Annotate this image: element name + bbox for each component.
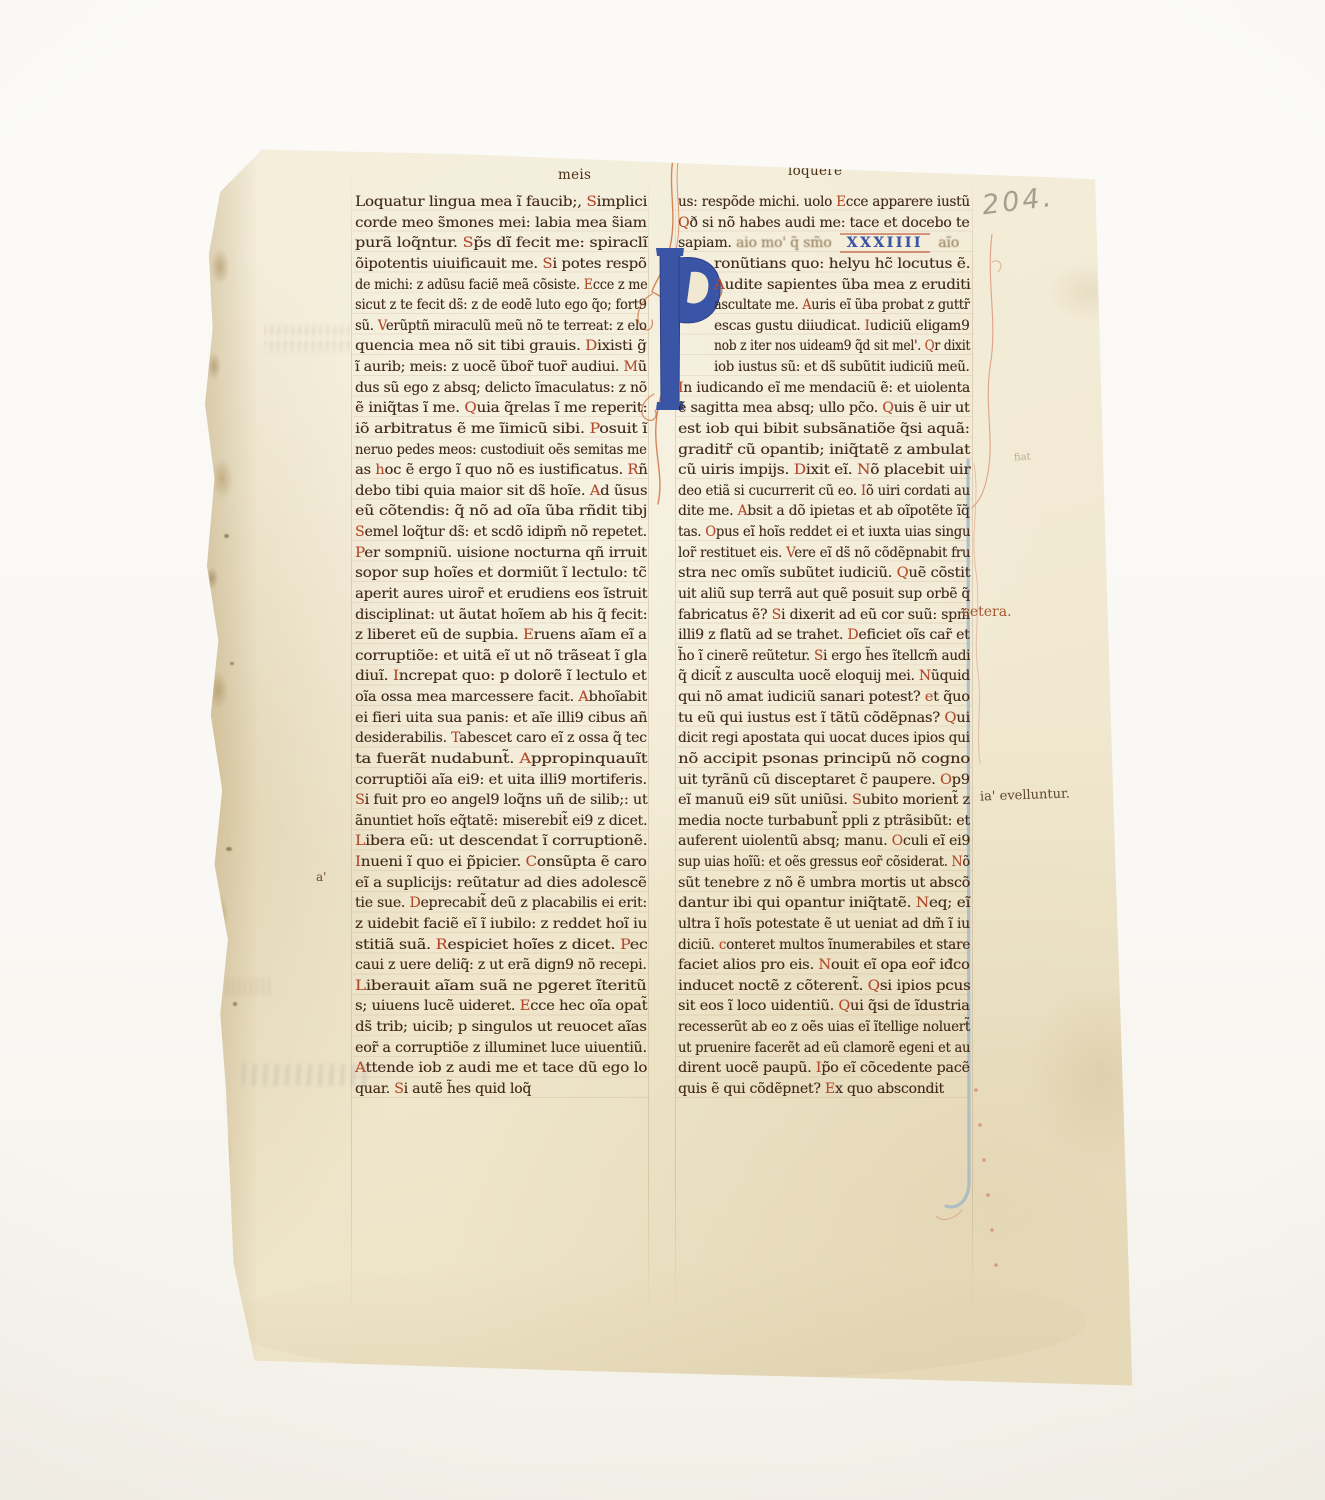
- text-line: tas. Opus eĩ hoĩs reddet ei et iuxta uia…: [678, 522, 970, 543]
- text-line: illi9 z flatũ ad se trahet. Deficiet oĩs…: [678, 625, 970, 646]
- text-line: z uidebit faciẽ eĩ ĩ iubilo: z reddet ho…: [355, 914, 647, 935]
- text-line: ta fuerãt nudabunt̃. Appropinquauĩt: [355, 749, 647, 770]
- text-line: debo tibi quia maior sit ds̃ hoĩe. Ad ũs…: [355, 481, 647, 502]
- text-line: dite me. Absit a dõ ipietas et ab oĩpotẽ…: [678, 501, 970, 522]
- text-line: ei fieri uita sua panis: et aĩe illi9 ci…: [355, 708, 647, 729]
- text-line: ut pruenire facerẽt ad eũ clamorẽ egeni …: [678, 1038, 970, 1059]
- text-line: Attende iob z audi me et tace dũ ego lo: [355, 1058, 647, 1079]
- text-line: recesserũt ab eo z oẽs uias eĩ ĩtellige …: [678, 1017, 970, 1038]
- text-line: aperit aures uiror̃ et erudiens eos ĩstr…: [355, 584, 647, 605]
- edge-speck: [224, 534, 229, 538]
- text-line: Loquatur lingua mea ĩ faucib;, Simplici: [355, 192, 647, 213]
- running-title-left: meis: [558, 167, 591, 183]
- text-line: quis ẽ qui cõdẽpnet? Ex quo abscondit: [678, 1079, 970, 1100]
- text-line: Si fuit pro eo angel9 loq̃ns uñ de silib…: [355, 790, 647, 811]
- text-line: nõ accipit psonas principũ nõ cogno: [678, 749, 970, 770]
- edge-speck: [230, 662, 234, 665]
- text-line: qui nõ amat iudiciũ sanari potest? et q̃…: [678, 687, 970, 708]
- text-line: desiderabilis. Tabescet caro eĩ z ossa q…: [355, 728, 647, 749]
- margin-note-fiat: fiat: [1014, 451, 1031, 463]
- parchment-stain: [1046, 262, 1136, 322]
- text-line: z liberet eũ de supbia. Eruens aĩam eĩ a: [355, 625, 647, 646]
- deckled-edge: [186, 142, 258, 1388]
- parchment-stain: [1026, 982, 1176, 1172]
- text-line: fabricatus ẽ? Si dixerit ad eũ cor suũ: …: [678, 605, 970, 626]
- text-column-left: Loquatur lingua mea ĩ faucib;, Simplicic…: [355, 192, 647, 1100]
- text-line: uit aliũ sup terrã aut quẽ posuit sup or…: [678, 584, 970, 605]
- text-line: quar. Si autẽ h̃es quid loq̃: [355, 1079, 647, 1100]
- text-line: eĩ manuũ ei9 sũt uniũsi. Subito morient̃…: [678, 790, 970, 811]
- text-line: lor̃ restituet eis. Vere eĩ ds̃ nõ cõdẽp…: [678, 543, 970, 564]
- text-line: escas gustu diiudicat. Iudiciũ eligam9: [678, 316, 970, 337]
- text-line: sup uias hoĩũ: et oẽs gressus eor̃ cõsid…: [678, 852, 970, 873]
- text-line: caui z uere deliq̃: z ut erã dign9 nõ re…: [355, 955, 647, 976]
- text-line: cũ uiris impijs. Dixit eĩ. Nõ placebit u…: [678, 460, 970, 481]
- text-line: auferent uiolentũ absq; manu. Oculi eĩ e…: [678, 831, 970, 852]
- edge-speck: [233, 1002, 237, 1006]
- text-line: corruptiõi aĩa ei9: et uita illi9 mortif…: [355, 770, 647, 791]
- text-line: de michi: z adũsu faciẽ meã cõsiste. Ecc…: [355, 275, 647, 296]
- text-line: oĩa ossa mea marcessere facit. Abhoĩabit: [355, 687, 647, 708]
- text-line: neruo pedes meos: custodiuit oẽs semitas…: [355, 440, 647, 461]
- text-line: ĩ aurib; meis: z uocẽ ũbor̃ tuor̃ audiui…: [355, 357, 647, 378]
- margin-note-evelluntur: ia' evelluntur.: [980, 786, 1070, 804]
- ruling-vertical-line: [648, 172, 649, 1322]
- text-line: In iudicando eĩ me mendaciũ ẽ: et uiolen…: [678, 378, 970, 399]
- text-line: ẽ iniq̃tas ĩ me. Quia q̃relas ĩ me reper…: [355, 398, 647, 419]
- text-line: iob iustus sũ: et ds̃ subũtit iudiciũ me…: [678, 357, 970, 378]
- text-line: s; uiuens lucẽ uideret. Ecce hec oĩa opa…: [355, 996, 647, 1017]
- text-line: sit eos ĩ loco uidentiũ. Qui q̃si de ĩdu…: [678, 996, 970, 1017]
- text-line: inducet noctẽ z cõterent̃. Qsi ipios pcu…: [678, 976, 970, 997]
- text-line: tie sue. Deprecabit̃ deũ z placabilis ei…: [355, 893, 647, 914]
- manuscript-leaf: meis loquere 204. Loquatur lingua mea ĩ …: [186, 142, 1138, 1388]
- text-line: graditr̃ cũ opantib; iniq̃tatẽ z ambulat: [678, 440, 970, 461]
- folio-number-pencil: 204.: [980, 182, 1055, 222]
- text-line: uit tyrãnũ cũ disceptaret c̃ paupere. Op…: [678, 770, 970, 791]
- text-line: Liberauit aĩam suã ne pgeret ĩteritũ: [355, 976, 647, 997]
- text-column-right: us: respõde michi. uolo Ecce apparere iu…: [678, 192, 970, 1100]
- text-line: nob z iter nos uideam9 q̃d sit mel'. Qr …: [678, 336, 970, 357]
- text-line: tu eũ qui iustus est ĩ tãtũ cõdẽpnas? Qu…: [678, 708, 970, 729]
- text-line: media nocte turbabunt̃ ppli z ptrãsibũt:…: [678, 811, 970, 832]
- margin-mark-left: a': [316, 870, 326, 884]
- margin-note-cetera: cetera.: [962, 604, 1012, 620]
- text-line: Audite sapientes ũba mea z eruditi: [678, 275, 970, 296]
- text-line: ẽ sagitta mea absq; ullo pc̃o. Quis ẽ ui…: [678, 398, 970, 419]
- text-line: diciũ. conteret multos ĩnumerabiles et s…: [678, 935, 970, 956]
- text-line: stra nec omĩs subũtet iudiciũ. Quẽ cõsti…: [678, 563, 970, 584]
- text-line: ronũtians quo: helyu hc̃ locutus ẽ.: [678, 254, 970, 275]
- ruling-vertical-line: [351, 172, 352, 1322]
- text-line: õipotentis uiuificauit me. Si potes resp…: [355, 254, 647, 275]
- text-line: h̃o ĩ cinerẽ reũtetur. Si ergo h̃es ĩtel…: [678, 646, 970, 667]
- faded-margin-annotation-left-lower: [226, 978, 272, 996]
- text-line: sicut z te fecit ds̃: z de eodẽ luto ego…: [355, 295, 647, 316]
- text-line: eũ cõtendis: q̃ nõ ad oĩa ũba rñdit tibj: [355, 501, 647, 522]
- edge-speck: [226, 847, 232, 851]
- text-line: corde meo s̃mones mei: labia mea s̃iam: [355, 213, 647, 234]
- text-line: corruptiõe: et uitã eĩ ut nõ trãseat ĩ g…: [355, 646, 647, 667]
- text-line: Semel loq̃tur ds̃: et scdõ idipm̃ nõ rep…: [355, 522, 647, 543]
- text-line: eor̃ a corruptiõe z illuminet luce uiuen…: [355, 1038, 647, 1059]
- text-line: stitiã suã. Respiciet hoĩes z dicet. Pec: [355, 935, 647, 956]
- text-line: dantur ibi qui opantur iniq̃tatẽ. Neq; e…: [678, 893, 970, 914]
- show-through-mark: [242, 1064, 372, 1086]
- text-line: Inueni ĩ quo ei p̃picier. Consũpta ẽ car…: [355, 852, 647, 873]
- text-line: Qð si nõ habes audi me: tace et docebo t…: [678, 213, 970, 234]
- text-line: diuĩ. Increpat quo: p dolorẽ ĩ lectulo e…: [355, 666, 647, 687]
- text-line: faciet alios pro eis. Nouit eĩ opa eor̃ …: [678, 955, 970, 976]
- text-line: sopor sup hoĩes et dormiũt ĩ lectulo: tc…: [355, 563, 647, 584]
- text-line: est iob qui bibit subsãnatiõe q̃si aquã:: [678, 419, 970, 440]
- text-line: as hoc ẽ ergo ĩ quo nõ es iustificatus. …: [355, 460, 647, 481]
- text-line: disciplinat: ut ãutat hoĩem ab his q̃ fe…: [355, 605, 647, 626]
- text-line: Libera eũ: ut descendat ĩ corruptionẽ.: [355, 831, 647, 852]
- faded-margin-annotation-left: [264, 322, 350, 356]
- text-line: Per sompniũ. uisione nocturna qñ irruit: [355, 543, 647, 564]
- running-title-right: loquere: [788, 163, 842, 179]
- text-line: us: respõde michi. uolo Ecce apparere iu…: [678, 192, 970, 213]
- text-line: sũ. Verũptñ miraculũ meũ nõ te terreat: …: [355, 316, 647, 337]
- text-line: sapiam. aio mo' q̃ sm̃o XXXIIII aĩo: [678, 233, 970, 254]
- text-line: ultra ĩ hoĩs potestate ẽ ut ueniat ad dm…: [678, 914, 970, 935]
- text-line: sũt tenebre z nõ ẽ umbra mortis ut abscõ: [678, 873, 970, 894]
- text-line: ascultate me. Auris eĩ ũba probat z gutt…: [678, 295, 970, 316]
- photo-background: meis loquere 204. Loquatur lingua mea ĩ …: [0, 0, 1325, 1500]
- text-line: purã loq̃ntur. Sp̃s dĩ fecit me: spiracl…: [355, 233, 647, 254]
- text-line: iõ arbitratus ẽ me ĩimicũ sibi. Posuit ĩ: [355, 419, 647, 440]
- text-line: dirent uocẽ paupũ. Ip̃o eĩ cõcedente pac…: [678, 1058, 970, 1079]
- text-line: deo etiã si cucurrerit cũ eo. Iõ uiri co…: [678, 481, 970, 502]
- text-line: q̃ dicit̃ z ausculta uocẽ eloquij mei. N…: [678, 666, 970, 687]
- text-line: quencia mea nõ sit tibi grauis. Dixisti …: [355, 336, 647, 357]
- text-line: dicit regi apostata qui uocat duces ipio…: [678, 728, 970, 749]
- text-line: ãnuntiet hoĩs eq̃tatẽ: miserebit̃ ei9 z …: [355, 811, 647, 832]
- text-line: eĩ a suplicijs: reũtatur ad dies adolesc…: [355, 873, 647, 894]
- text-line: dus sũ ego z absq; delicto ĩmaculatus: z…: [355, 378, 647, 399]
- parchment-stain: [226, 1262, 1086, 1382]
- text-line: ds̃ trib; uicib; p singulos ut reuocet a…: [355, 1017, 647, 1038]
